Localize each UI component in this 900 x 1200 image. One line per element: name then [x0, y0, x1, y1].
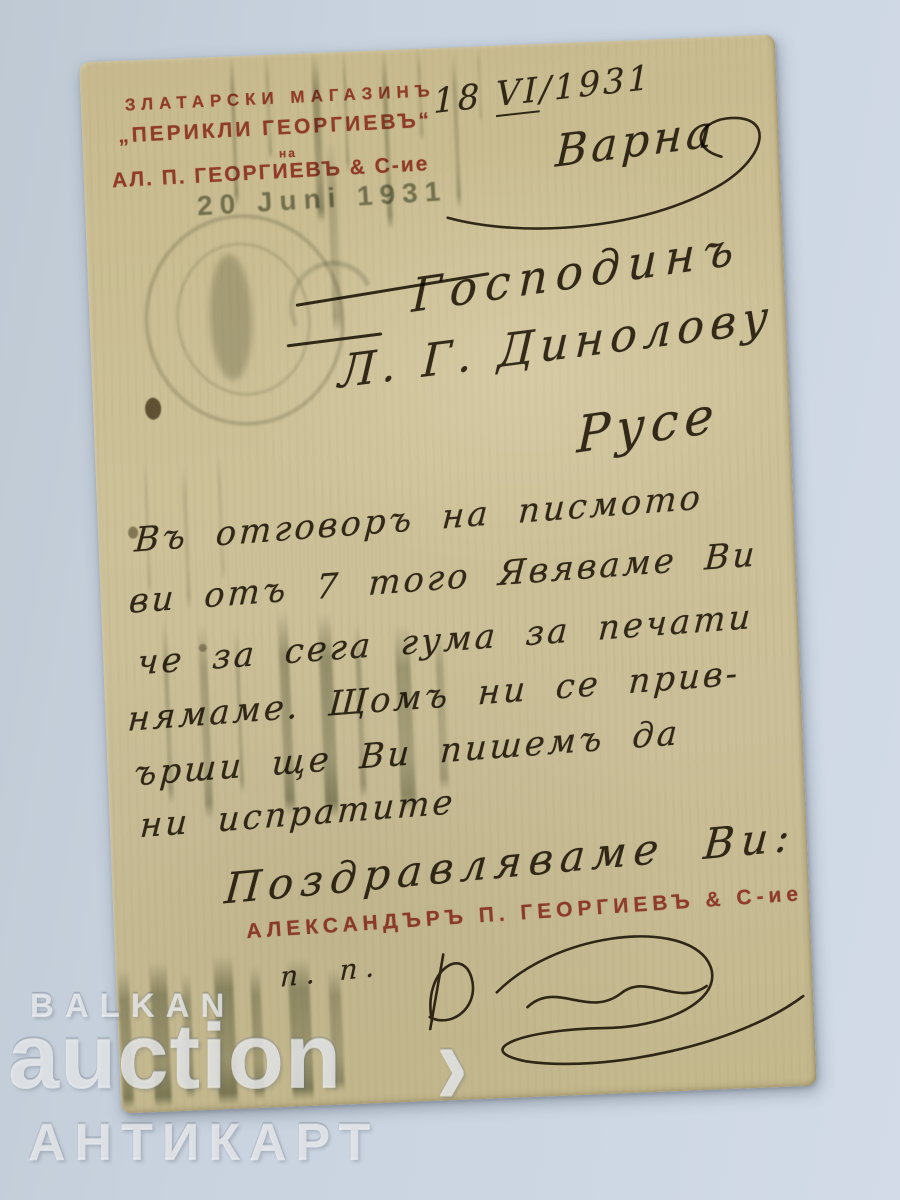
ink-smudge	[342, 52, 350, 172]
postcard: ЗЛАТАРСКИ МАГАЗИНЪ „ПЕРИКЛИ ГЕОРГИЕВЪ“ н…	[79, 34, 817, 1113]
body-line: ни испратите	[139, 782, 457, 846]
photo-background: ЗЛАТАРСКИ МАГАЗИНЪ „ПЕРИКЛИ ГЕОРГИЕВЪ“ н…	[0, 0, 900, 1200]
handwritten-destination: Русе	[576, 385, 720, 465]
handwritten-pp: п. п.	[280, 949, 383, 994]
watermark-arrow-icon: ›	[436, 994, 468, 1132]
watermark-auction: auction	[8, 1004, 342, 1109]
watermark-antikart: АНТИКАРТ	[28, 1112, 379, 1172]
merchant-stamp-line3: на	[279, 146, 297, 161]
handwritten-addressee: Л. Г. Динолову	[337, 289, 775, 399]
stain-spot	[145, 397, 162, 420]
